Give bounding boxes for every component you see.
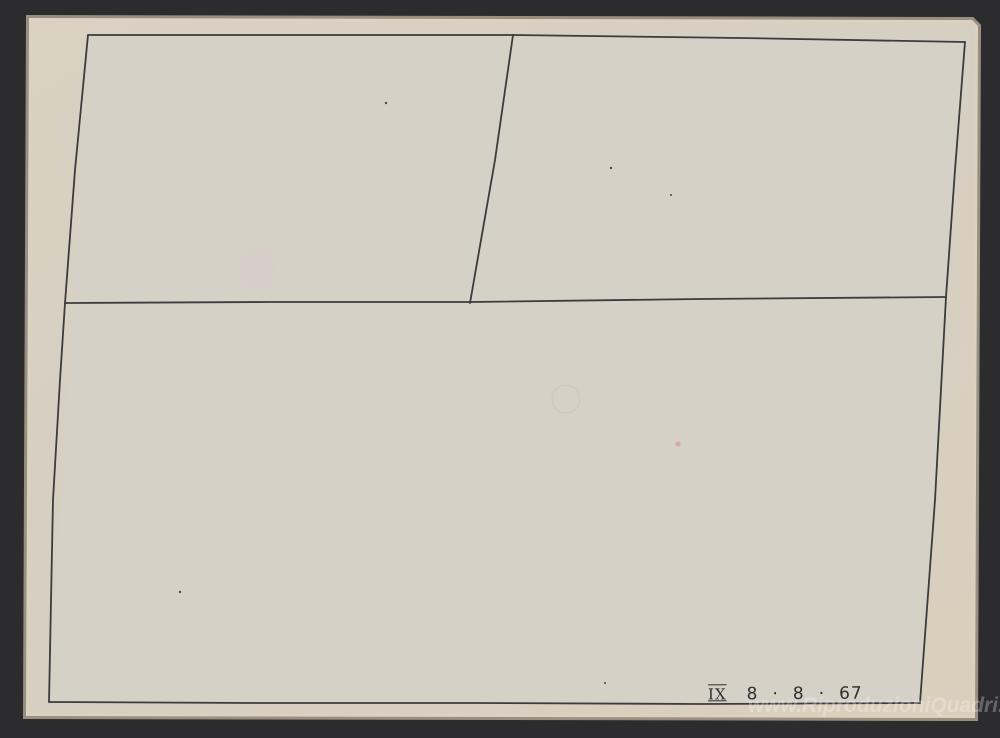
artwork-drawing [0, 0, 1000, 738]
watermark-text: www.RiproduzioniQuadri.it [748, 694, 1000, 718]
inscription-roman-numeral: IX [708, 685, 727, 703]
